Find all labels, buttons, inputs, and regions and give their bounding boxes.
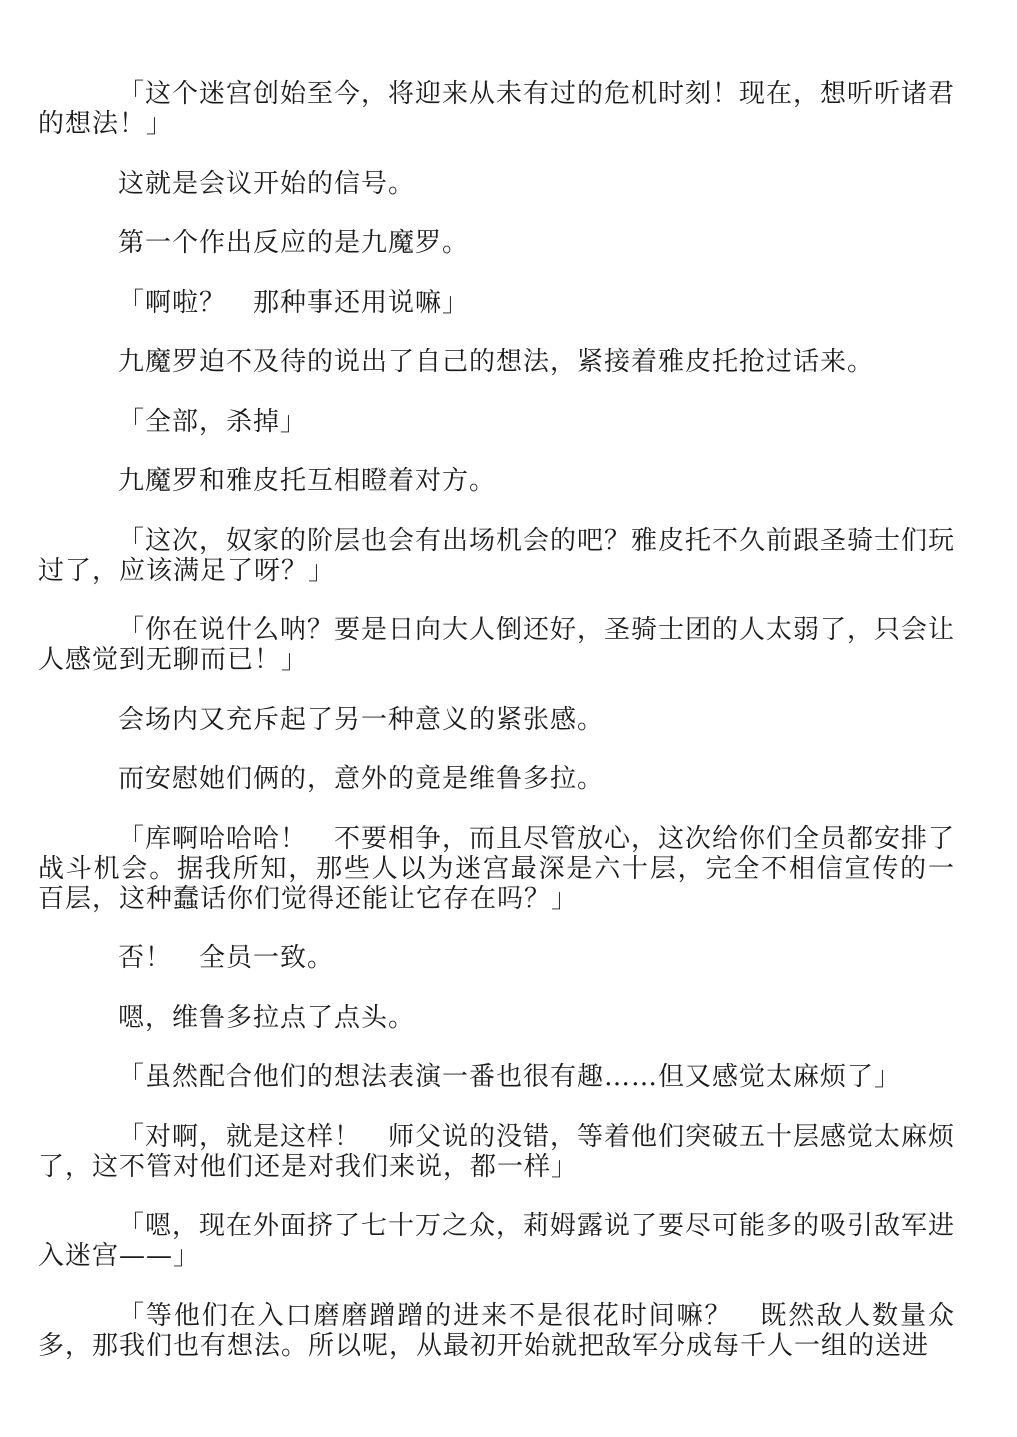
paragraph: 这就是会议开始的信号。 xyxy=(38,169,955,199)
paragraph: 否！ 全员一致。 xyxy=(38,943,955,973)
paragraph: 「对啊，就是这样！ 师父说的没错，等着他们突破五十层感觉太麻烦了，这不管对他们还… xyxy=(38,1122,955,1182)
paragraph: 「你在说什么呐？要是日向大人倒还好，圣骑士团的人太弱了，只会让人感觉到无聊而已！… xyxy=(38,615,955,675)
paragraph: 「这个迷宫创始至今，将迎来从未有过的危机时刻！现在，想听听诸君的想法！」 xyxy=(38,79,955,139)
paragraph: 「嗯，现在外面挤了七十万之众，莉姆露说了要尽可能多的吸引敌军进入迷宫——」 xyxy=(38,1211,955,1271)
paragraph: 九魔罗迫不及待的说出了自己的想法，紧接着雅皮托抢过话来。 xyxy=(38,347,955,377)
ebook-page-body: { "page": { "background_color": "#ffffff… xyxy=(0,0,1017,1437)
paragraph: 会场内又充斥起了另一种意义的紧张感。 xyxy=(38,705,955,735)
paragraph: 而安慰她们俩的，意外的竟是维鲁多拉。 xyxy=(38,764,955,794)
paragraph: 「这次，奴家的阶层也会有出场机会的吧？雅皮托不久前跟圣骑士们玩过了，应该满足了呀… xyxy=(38,526,955,586)
paragraph: 「库啊哈哈哈！ 不要相争，而且尽管放心，这次给你们全员都安排了战斗机会。据我所知… xyxy=(38,824,955,914)
paragraph: 第一个作出反应的是九魔罗。 xyxy=(38,228,955,258)
paragraph: 嗯，维鲁多拉点了点头。 xyxy=(38,1003,955,1033)
paragraph: 「啊啦？ 那种事还用说嘛」 xyxy=(38,288,955,318)
paragraph: 九魔罗和雅皮托互相瞪着对方。 xyxy=(38,466,955,496)
paragraph: 「全部，杀掉」 xyxy=(38,407,955,437)
paragraph-list: 「这个迷宫创始至今，将迎来从未有过的危机时刻！现在，想听听诸君的想法！」这就是会… xyxy=(38,79,955,1361)
novel-page: 「这个迷宫创始至今，将迎来从未有过的危机时刻！现在，想听听诸君的想法！」这就是会… xyxy=(0,0,1017,1437)
paragraph: 「虽然配合他们的想法表演一番也很有趣……但又感觉太麻烦了」 xyxy=(38,1062,955,1092)
paragraph: 「等他们在入口磨磨蹭蹭的进来不是很花时间嘛？ 既然敌人数量众多，那我们也有想法。… xyxy=(38,1301,955,1361)
